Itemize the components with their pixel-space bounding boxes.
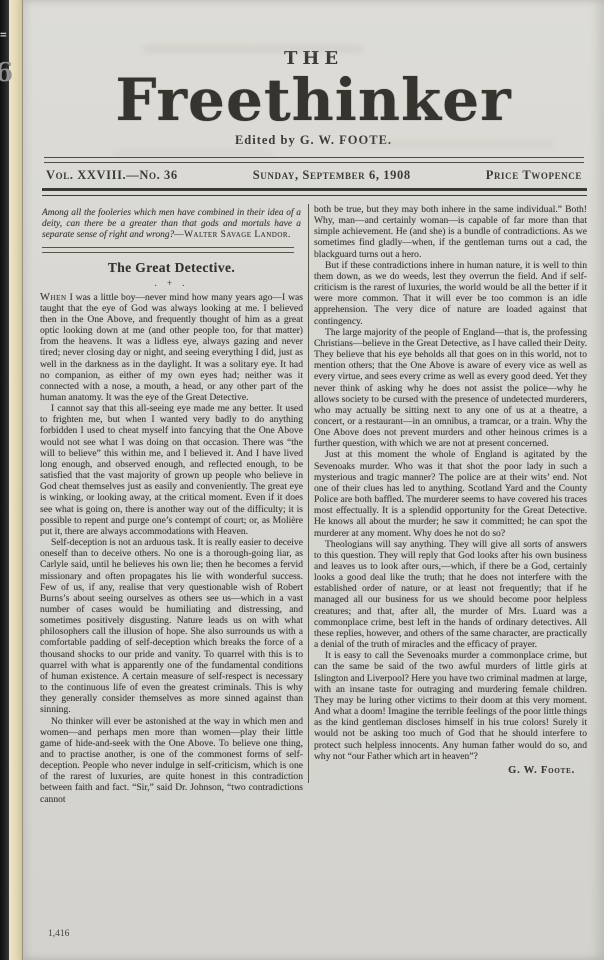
paragraph: The large majority of the people of Engl…	[314, 327, 587, 450]
ornament-divider: . + .	[40, 278, 303, 288]
right-column: both be true, but they may both inhere i…	[314, 204, 587, 805]
thick-rule	[42, 188, 587, 196]
masthead-title: Freethinker	[23, 71, 604, 129]
edge-mark: =	[0, 28, 7, 41]
edge-page-number-fragment: 6	[0, 58, 13, 88]
article-title: The Great Detective.	[40, 260, 303, 276]
paragraph: Theologians will say anything. They will…	[314, 539, 587, 651]
left-column: Among all the fooleries which men have c…	[40, 204, 303, 805]
issue-info-row: Vol. XXVIII.—No. 36 Sunday, September 6,…	[23, 163, 604, 187]
newspaper-page: THE Freethinker Edited by G. W. FOOTE. V…	[23, 0, 604, 960]
paragraph-lead-word: When	[40, 292, 67, 303]
article-columns: Among all the fooleries which men have c…	[23, 196, 604, 805]
column-divider-rule	[308, 204, 309, 783]
masthead: THE Freethinker Edited by G. W. FOOTE. V…	[23, 0, 604, 196]
paragraph: When I was a little boy—never mind how m…	[40, 292, 303, 404]
paragraph: Self-deception is not an arduous task. I…	[40, 537, 303, 716]
epigraph: Among all the fooleries which men have c…	[42, 208, 301, 242]
paragraph: both be true, but they may both inhere i…	[314, 204, 587, 260]
price: Price Twopence	[486, 168, 582, 183]
adjacent-page-edge	[9, 0, 23, 960]
paragraph: But if these contradictions inhere in hu…	[314, 260, 587, 327]
scanned-newspaper-page: { "scan": { "edge_mark_top": "=", "edge_…	[0, 0, 604, 960]
epigraph-attribution: —Walter Savage Landor.	[174, 230, 291, 240]
issue-date: Sunday, September 6, 1908	[253, 168, 411, 183]
paragraph-text: I was a little boy—never mind how many y…	[40, 292, 303, 403]
masthead-editor-line: Edited by G. W. FOOTE.	[23, 133, 604, 148]
paragraph: I cannot say that this all-seeing eye ma…	[40, 403, 303, 537]
paragraph: It is easy to call the Sevenoaks murder …	[314, 650, 587, 762]
page-number: 1,416	[48, 929, 69, 939]
author-signature: G. W. Foote.	[314, 765, 587, 776]
epigraph-rule	[42, 247, 294, 253]
book-binding-edge	[0, 0, 9, 960]
paragraph: No thinker will ever be astonished at th…	[40, 716, 303, 805]
paragraph: Just at this moment the whole of England…	[314, 449, 587, 538]
volume-number: Vol. XXVIII.—No. 36	[46, 168, 178, 183]
